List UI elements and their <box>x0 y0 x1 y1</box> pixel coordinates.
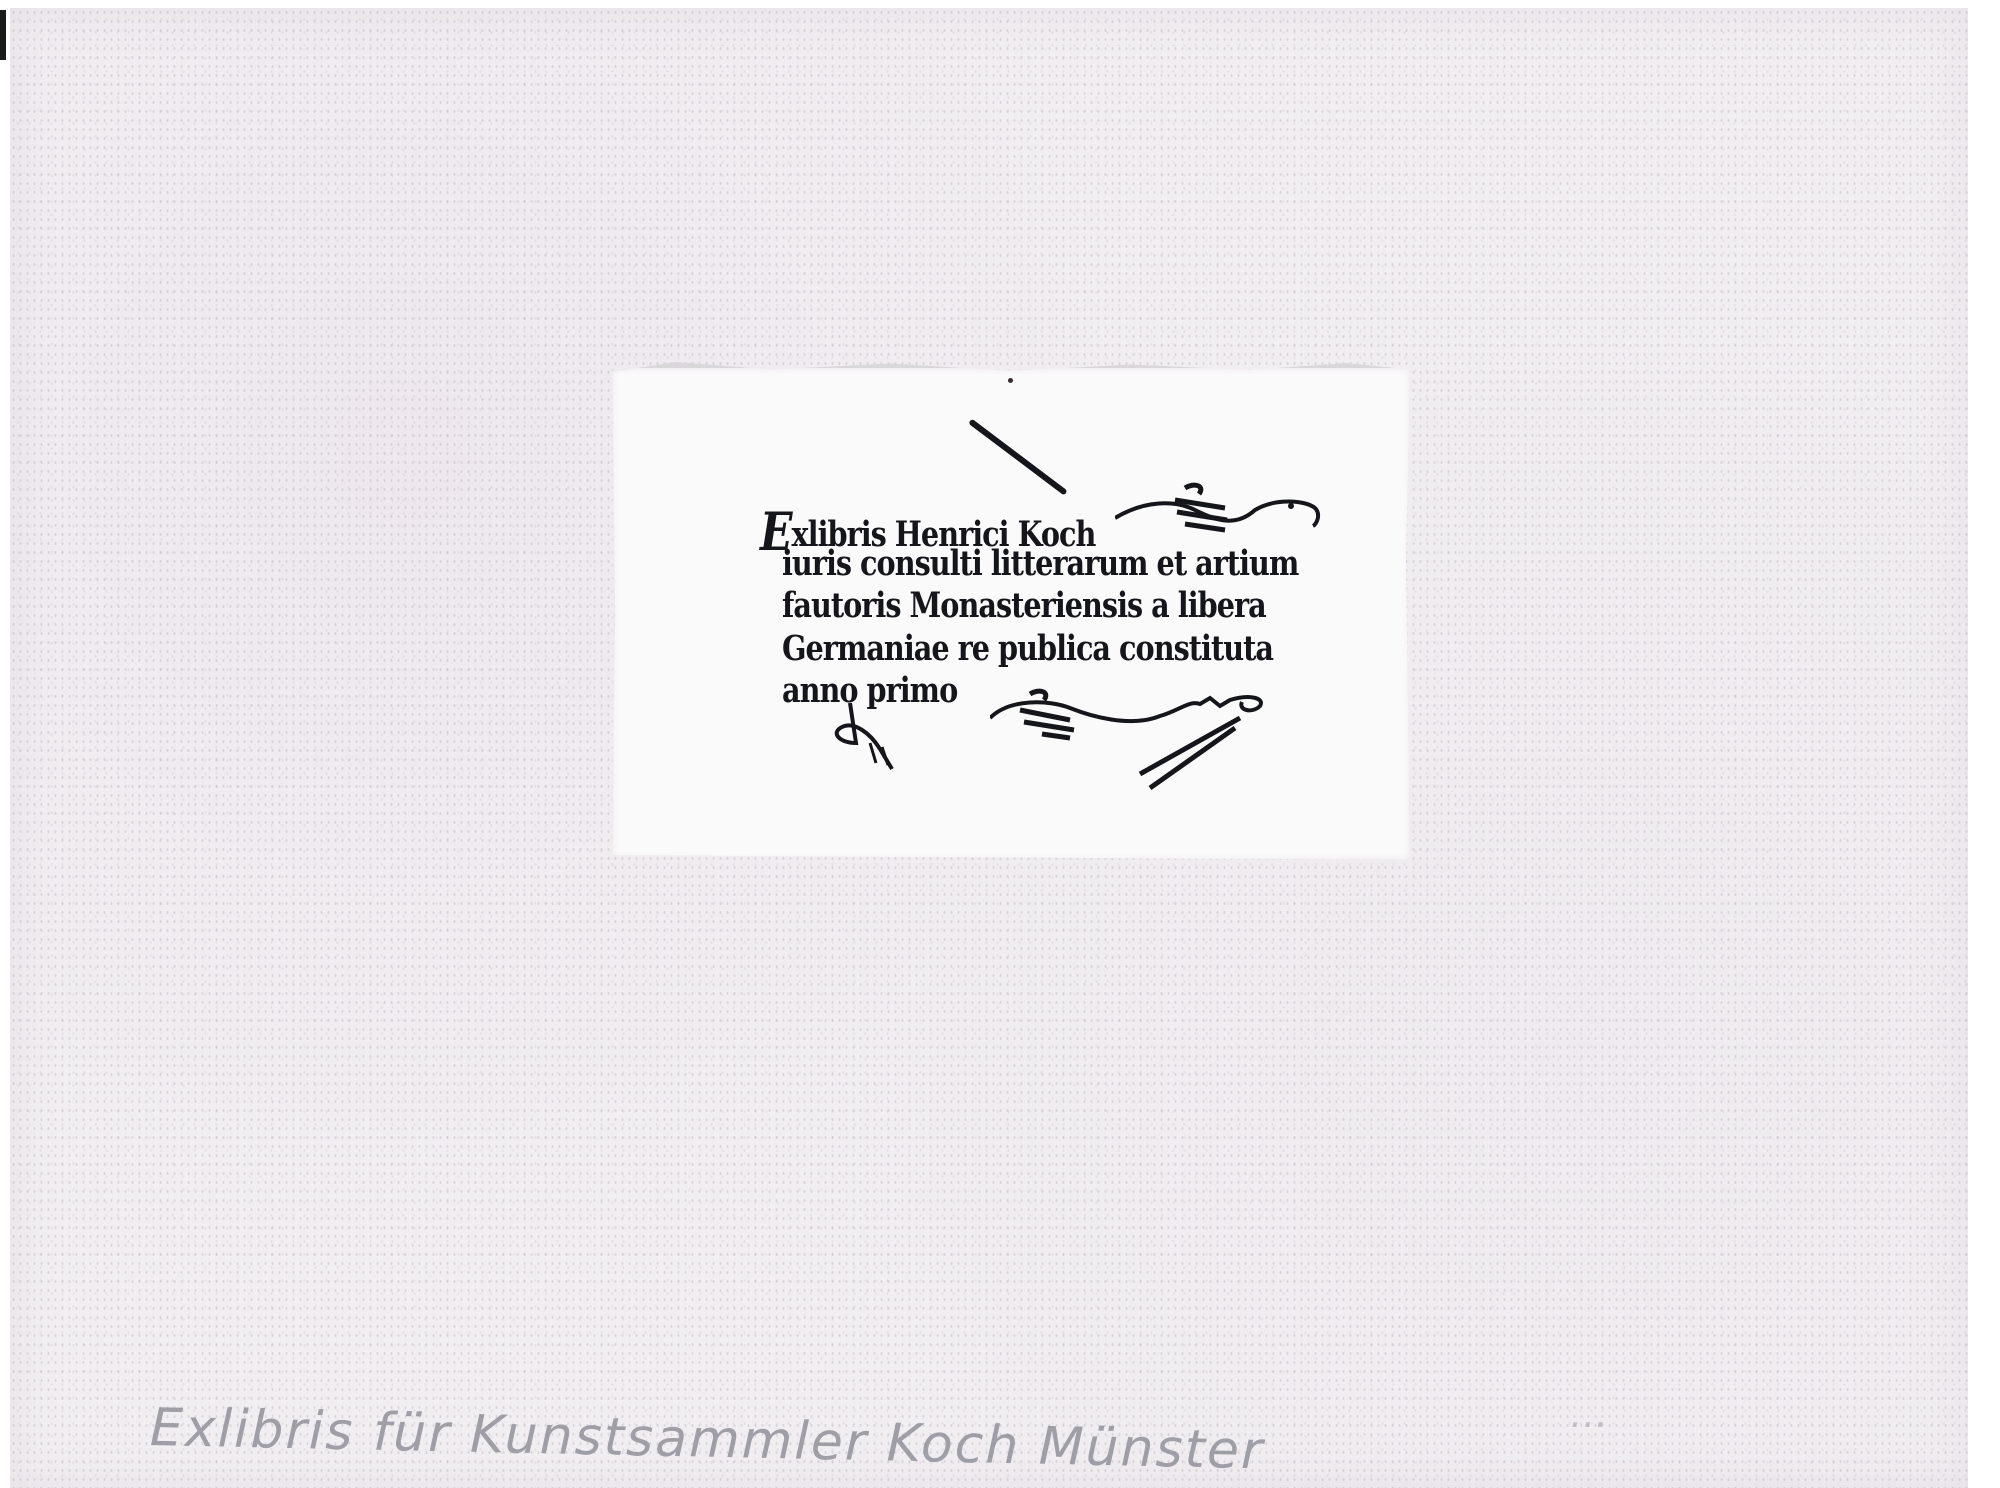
flourish-descender-icon <box>830 703 920 783</box>
pencil-annotation-right: … <box>1570 1392 1608 1436</box>
bookplate-line-2: iuris consulti litterarum et artium <box>782 546 1298 581</box>
scan-edge <box>1968 0 2000 1488</box>
bookplate-line-4: Germaniae re publica constituta <box>782 631 1273 666</box>
flourish-bottom-icon <box>990 688 1300 798</box>
ink-speck <box>1008 378 1013 383</box>
flourish-top-right-icon <box>1115 480 1325 540</box>
bookplate: Exlibris Henrici Koch iuris consulti lit… <box>760 418 1320 788</box>
scan-edge-mark <box>0 44 6 60</box>
diagonal-swash <box>968 419 1067 496</box>
bookplate-line-3: fautoris Monasteriensis a libera <box>782 588 1266 623</box>
